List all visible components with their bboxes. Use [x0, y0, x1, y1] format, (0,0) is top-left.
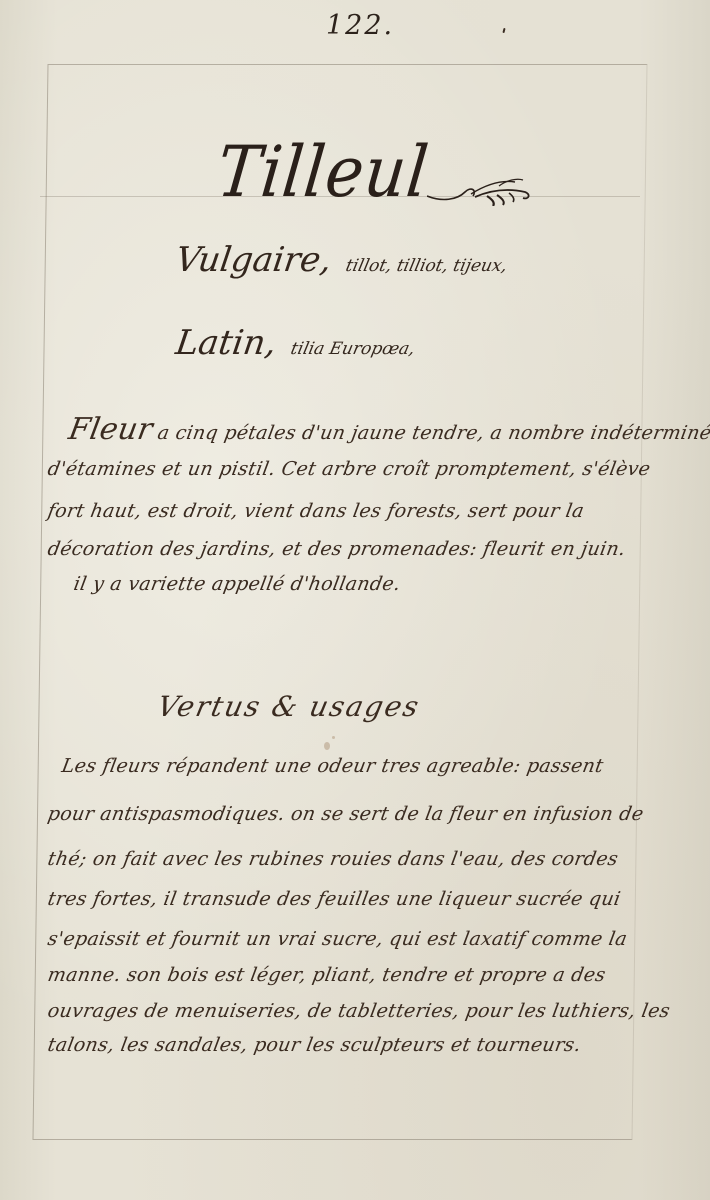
- vulgar-names-line: Vulgaire, tillot, tilliot, tijeux,: [176, 240, 507, 280]
- latin-value: tilia Europœa,: [289, 339, 417, 359]
- description-line-text: a cinq pétales d'un jaune tendre, a nomb…: [156, 422, 710, 444]
- page-number: 122.: [326, 10, 394, 41]
- virtues-line: talons, les sandales, pour les sculpteur…: [46, 1034, 583, 1056]
- virtues-line: tres fortes, il transude des feuilles un…: [46, 888, 622, 910]
- description-line: décoration des jardins, et des promenade…: [46, 538, 627, 560]
- description-line-text: il y a variette appellé d'hollande.: [72, 573, 402, 595]
- flourish-icon: [427, 166, 537, 206]
- vulgaire-value: tillot, tilliot, tijeux,: [344, 256, 509, 276]
- section-heading-vertus-usages: Vertus & usages: [154, 690, 423, 723]
- virtues-line: thé; on fait avec les rubines rouies dan…: [46, 848, 620, 870]
- virtues-line: Les fleurs répandent une odeur tres agre…: [60, 755, 605, 777]
- latin-name-line: Latin, tilia Europœa,: [176, 323, 415, 363]
- description-line-text: d'étamines et un pistil. Cet arbre croît…: [46, 458, 652, 480]
- virtues-line: manne. son bois est léger, pliant, tendr…: [46, 964, 607, 986]
- title-block: Tilleul: [214, 138, 537, 208]
- page-title: Tilleul: [214, 138, 432, 208]
- description-line: fort haut, est droit, vient dans les for…: [46, 500, 586, 522]
- virtues-line: ouvrages de menuiseries, de tabletteries…: [46, 1000, 672, 1022]
- ink-mark: [502, 28, 505, 33]
- virtues-line: s'epaissit et fournit un vrai sucre, qui…: [46, 928, 629, 950]
- vulgaire-label: Vulgaire,: [173, 240, 334, 280]
- ink-stain: [324, 742, 330, 750]
- description-lead-word: Fleur: [66, 412, 155, 447]
- ink-stain: [332, 736, 335, 739]
- description-line: il y a variette appellé d'hollande.: [72, 573, 402, 595]
- description-line: d'étamines et un pistil. Cet arbre croît…: [46, 458, 652, 480]
- virtues-line: pour antispasmodiques. on se sert de la …: [46, 803, 645, 825]
- description-line: Fleura cinq pétales d'un jaune tendre, a…: [66, 412, 710, 447]
- description-line-text: décoration des jardins, et des promenade…: [46, 538, 627, 560]
- description-line-text: fort haut, est droit, vient dans les for…: [46, 500, 586, 522]
- latin-label: Latin,: [173, 323, 279, 363]
